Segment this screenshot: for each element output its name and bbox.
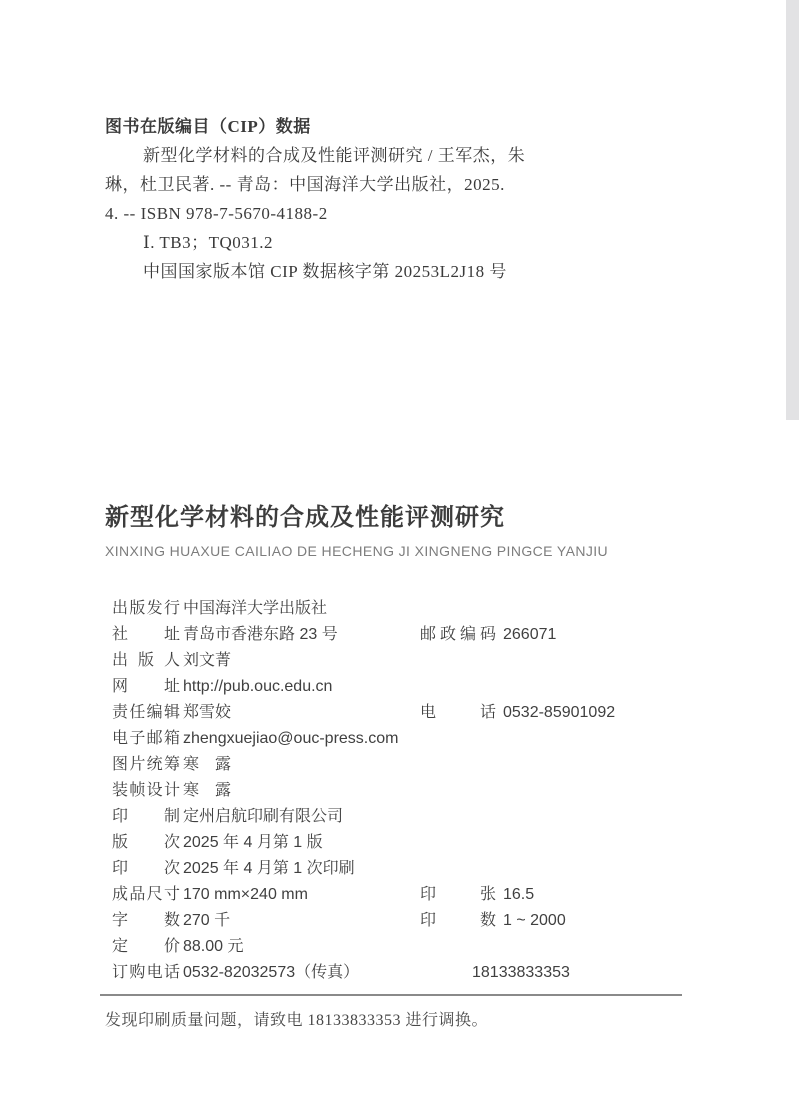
detail-value: 88.00 元 <box>183 934 244 960</box>
detail-value: 郑雪姣 <box>183 700 231 726</box>
cip-line: 琳，杜卫民著. -- 青岛：中国海洋大学出版社，2025. <box>105 170 685 199</box>
detail-row: 订购电话 0532-82032573（传真） 18133833353 <box>105 960 745 986</box>
detail-row: 网址 http://pub.ouc.edu.cn <box>105 674 745 700</box>
detail-row: 社址 青岛市香港东路 23 号 邮政编码 266071 <box>105 622 745 648</box>
detail-value: zhengxuejiao@ouc-press.com <box>183 726 398 752</box>
detail-value: 18133833353 <box>472 960 570 986</box>
detail-value: 16.5 <box>503 882 534 908</box>
detail-label: 版次 <box>112 830 180 856</box>
detail-label: 定价 <box>112 934 180 960</box>
detail-row: 印次 2025 年 4 月第 1 次印刷 <box>105 856 745 882</box>
detail-row: 装帧设计 寒 露 <box>105 778 745 804</box>
detail-row: 成品尺寸 170 mm×240 mm 印张 16.5 <box>105 882 745 908</box>
detail-value: 定州启航印刷有限公司 <box>183 804 343 830</box>
detail-label: 电话 <box>420 700 496 726</box>
detail-label: 电子邮箱 <box>112 726 180 752</box>
detail-row: 责任编辑 郑雪姣 电话 0532-85901092 <box>105 700 745 726</box>
detail-row: 定价 88.00 元 <box>105 934 745 960</box>
detail-label: 出版发行 <box>112 596 180 622</box>
detail-label: 责任编辑 <box>112 700 180 726</box>
detail-value: 0532-82032573（传真） <box>183 960 359 986</box>
detail-value: 2025 年 4 月第 1 次印刷 <box>183 856 355 882</box>
detail-label: 印数 <box>420 908 496 934</box>
detail-label: 印张 <box>420 882 496 908</box>
detail-value: 170 mm×240 mm <box>183 882 308 908</box>
detail-label: 成品尺寸 <box>112 882 180 908</box>
page-edge-strip <box>786 0 799 420</box>
detail-value: 刘文菁 <box>183 648 231 674</box>
book-title-pinyin: XINXING HUAXUE CAILIAO DE HECHENG JI XIN… <box>105 542 705 560</box>
detail-value: 青岛市香港东路 23 号 <box>183 622 338 648</box>
detail-label: 网址 <box>112 674 180 700</box>
detail-row: 出版发行 中国海洋大学出版社 <box>105 596 745 622</box>
detail-row: 版次 2025 年 4 月第 1 版 <box>105 830 745 856</box>
detail-row: 字数 270 千 印数 1 ~ 2000 <box>105 908 745 934</box>
detail-value: 0532-85901092 <box>503 700 615 726</box>
detail-value: http://pub.ouc.edu.cn <box>183 674 332 700</box>
detail-value: 2025 年 4 月第 1 版 <box>183 830 323 856</box>
cip-line: 中国国家版本馆 CIP 数据核字第 20253L2J18 号 <box>105 257 685 286</box>
title-block: 新型化学材料的合成及性能评测研究 XINXING HUAXUE CAILIAO … <box>105 503 705 560</box>
detail-label: 图片统筹 <box>112 752 180 778</box>
detail-label: 订购电话 <box>112 960 180 986</box>
detail-label: 印制 <box>112 804 180 830</box>
detail-label: 装帧设计 <box>112 778 180 804</box>
footer-divider <box>100 994 682 996</box>
cip-line: Ⅰ. TB3；TQ031.2 <box>105 228 685 257</box>
detail-label: 社址 <box>112 622 180 648</box>
detail-value: 寒 露 <box>183 778 231 804</box>
publication-details: 出版发行 中国海洋大学出版社 社址 青岛市香港东路 23 号 邮政编码 2660… <box>105 596 745 986</box>
detail-value: 中国海洋大学出版社 <box>183 596 327 622</box>
detail-row: 印制 定州启航印刷有限公司 <box>105 804 745 830</box>
detail-label: 出版人 <box>112 648 180 674</box>
detail-row: 出版人 刘文菁 <box>105 648 745 674</box>
cip-heading: 图书在版编目（CIP）数据 <box>105 112 685 141</box>
detail-value: 266071 <box>503 622 556 648</box>
detail-value: 寒 露 <box>183 752 231 778</box>
cip-line: 新型化学材料的合成及性能评测研究 / 王军杰，朱 <box>105 141 685 170</box>
detail-label: 印次 <box>112 856 180 882</box>
detail-value: 1 ~ 2000 <box>503 908 566 934</box>
detail-label: 字数 <box>112 908 180 934</box>
quality-note: 发现印刷质量问题，请致电 18133833353 进行调换。 <box>105 1007 488 1030</box>
book-title: 新型化学材料的合成及性能评测研究 <box>105 503 705 533</box>
cip-block: 图书在版编目（CIP）数据 新型化学材料的合成及性能评测研究 / 王军杰，朱 琳… <box>105 112 685 286</box>
detail-value: 270 千 <box>183 908 230 934</box>
detail-label: 邮政编码 <box>420 622 496 648</box>
cip-line: 4. -- ISBN 978-7-5670-4188-2 <box>105 199 685 228</box>
detail-row: 图片统筹 寒 露 <box>105 752 745 778</box>
detail-row: 电子邮箱 zhengxuejiao@ouc-press.com <box>105 726 745 752</box>
